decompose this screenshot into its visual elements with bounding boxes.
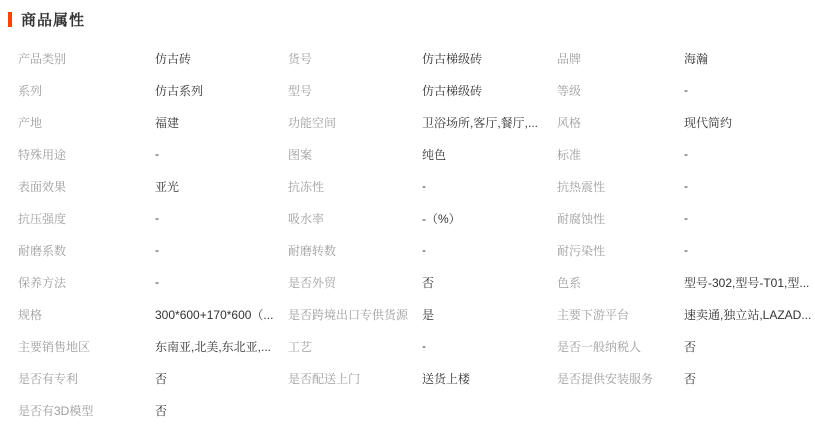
attribute-label: 保养方法: [18, 274, 155, 291]
attribute-value: 现代简约: [684, 114, 738, 131]
attribute-label: 功能空间: [288, 114, 422, 131]
attribute-cell: 是否配送上门 送货上楼: [288, 362, 557, 394]
attribute-cell: 规格 300*600+170*600（...: [18, 298, 288, 330]
attribute-label: 是否外贸: [288, 274, 422, 291]
attribute-value: -: [684, 147, 694, 161]
attribute-value: -: [684, 179, 694, 193]
attribute-label: 抗冻性: [288, 178, 422, 195]
attribute-label: 图案: [288, 146, 422, 163]
attribute-cell: 是否外贸 否: [288, 266, 557, 298]
attribute-cell: 耐污染性 -: [557, 234, 815, 266]
attribute-label: 是否有3D模型: [18, 402, 155, 419]
attributes-grid: 产品类别 仿古砖 货号 仿古梯级砖 品牌 海瀚 系列 仿古系列 型号 仿古梯级砖…: [0, 42, 815, 426]
attribute-label: 特殊用途: [18, 146, 155, 163]
attribute-value: 福建: [155, 114, 185, 131]
attribute-value: -: [155, 243, 165, 257]
attribute-value: 否: [684, 338, 702, 355]
attribute-label: 表面效果: [18, 178, 155, 195]
attribute-value: -: [684, 83, 694, 97]
attribute-label: 色系: [557, 274, 684, 291]
attribute-cell: 功能空间 卫浴场所,客厅,餐厅,...: [288, 106, 557, 138]
attribute-value: 否: [684, 370, 702, 387]
attribute-label: 是否有专利: [18, 370, 155, 387]
attribute-label: 货号: [288, 50, 422, 67]
attribute-cell: 抗热震性 -: [557, 170, 815, 202]
attribute-cell: 耐磨系数 -: [18, 234, 288, 266]
attribute-label: 耐磨系数: [18, 242, 155, 259]
attribute-cell: 抗冻性 -: [288, 170, 557, 202]
section-title: 商品属性: [21, 9, 85, 30]
attribute-cell: 货号 仿古梯级砖: [288, 42, 557, 74]
attribute-cell: 色系 型号-302,型号-T01,型...: [557, 266, 815, 298]
attribute-cell: 产地 福建: [18, 106, 288, 138]
product-attributes-page: 商品属性 产品类别 仿古砖 货号 仿古梯级砖 品牌 海瀚 系列 仿古系列 型号 …: [0, 0, 815, 437]
attribute-cell: 工艺 -: [288, 330, 557, 362]
attribute-label: 是否配送上门: [288, 370, 422, 387]
attribute-value: 送货上楼: [422, 370, 476, 387]
attribute-value: -: [684, 211, 694, 225]
attribute-label: 主要下游平台: [557, 306, 684, 323]
attribute-cell: 图案 纯色: [288, 138, 557, 170]
attribute-value: 速卖通,独立站,LAZAD...: [684, 306, 815, 323]
attribute-label: 产地: [18, 114, 155, 131]
attribute-cell: 是否一般纳税人 否: [557, 330, 815, 362]
attribute-value: 是: [422, 306, 440, 323]
attribute-value: 否: [155, 370, 173, 387]
attribute-label: 抗压强度: [18, 210, 155, 227]
attribute-cell: 抗压强度 -: [18, 202, 288, 234]
attribute-label: 等级: [557, 82, 684, 99]
attribute-label: 系列: [18, 82, 155, 99]
attribute-cell: 是否有专利 否: [18, 362, 288, 394]
attribute-value: -: [155, 275, 165, 289]
attribute-cell: 品牌 海瀚: [557, 42, 815, 74]
attribute-value: 亚光: [155, 178, 185, 195]
attribute-label: 工艺: [288, 338, 422, 355]
attribute-label: 抗热震性: [557, 178, 684, 195]
attribute-value: -: [684, 243, 694, 257]
section-header: 商品属性: [0, 0, 815, 27]
attribute-value: 纯色: [422, 146, 452, 163]
attribute-label: 耐腐蚀性: [557, 210, 684, 227]
attribute-value: 否: [422, 274, 440, 291]
attribute-cell: 保养方法 -: [18, 266, 288, 298]
attribute-label: 产品类别: [18, 50, 155, 67]
attribute-value: 东南亚,北美,东北亚,...: [155, 338, 277, 355]
attribute-cell: 产品类别 仿古砖: [18, 42, 288, 74]
attribute-cell: 风格 现代简约: [557, 106, 815, 138]
attribute-value: 卫浴场所,客厅,餐厅,...: [422, 114, 544, 131]
attribute-cell: 耐腐蚀性 -: [557, 202, 815, 234]
attribute-cell: 主要下游平台 速卖通,独立站,LAZAD...: [557, 298, 815, 330]
attribute-value: 否: [155, 402, 173, 419]
attribute-value: 仿古梯级砖: [422, 50, 488, 67]
attribute-cell: 等级 -: [557, 74, 815, 106]
attribute-value: 300*600+170*600（...: [155, 306, 279, 323]
attribute-label: 是否提供安装服务: [557, 370, 684, 387]
attribute-cell: 吸水率 -（%）: [288, 202, 557, 234]
attribute-value: 仿古砖: [155, 50, 197, 67]
attribute-label: 品牌: [557, 50, 684, 67]
attribute-cell: 是否提供安装服务 否: [557, 362, 815, 394]
attribute-value: 型号-302,型号-T01,型...: [684, 274, 815, 291]
attribute-value: -: [422, 339, 432, 353]
attribute-label: 标准: [557, 146, 684, 163]
attribute-label: 耐磨转数: [288, 242, 422, 259]
attribute-cell: 表面效果 亚光: [18, 170, 288, 202]
attribute-cell: 主要销售地区 东南亚,北美,东北亚,...: [18, 330, 288, 362]
accent-bar: [8, 12, 12, 27]
attribute-value: 仿古梯级砖: [422, 82, 488, 99]
attribute-cell: 型号 仿古梯级砖: [288, 74, 557, 106]
attribute-cell: 耐磨转数 -: [288, 234, 557, 266]
attribute-label: 吸水率: [288, 210, 422, 227]
attribute-cell: 系列 仿古系列: [18, 74, 288, 106]
attribute-cell: 是否跨境出口专供货源 是: [288, 298, 557, 330]
attribute-value: 海瀚: [684, 50, 714, 67]
attribute-cell: 标准 -: [557, 138, 815, 170]
attribute-label: 主要销售地区: [18, 338, 155, 355]
attribute-value: 仿古系列: [155, 82, 209, 99]
attribute-label: 风格: [557, 114, 684, 131]
attribute-label: 是否一般纳税人: [557, 338, 684, 355]
attribute-value: -: [155, 211, 165, 225]
attribute-value: -: [155, 147, 165, 161]
attribute-label: 型号: [288, 82, 422, 99]
attribute-cell: 特殊用途 -: [18, 138, 288, 170]
attribute-label: 规格: [18, 306, 155, 323]
attribute-cell: 是否有3D模型 否: [18, 394, 288, 426]
attribute-label: 耐污染性: [557, 242, 684, 259]
attribute-label: 是否跨境出口专供货源: [288, 306, 422, 323]
attribute-value: -（%）: [422, 210, 467, 227]
attribute-value: -: [422, 243, 432, 257]
attribute-value: -: [422, 179, 432, 193]
